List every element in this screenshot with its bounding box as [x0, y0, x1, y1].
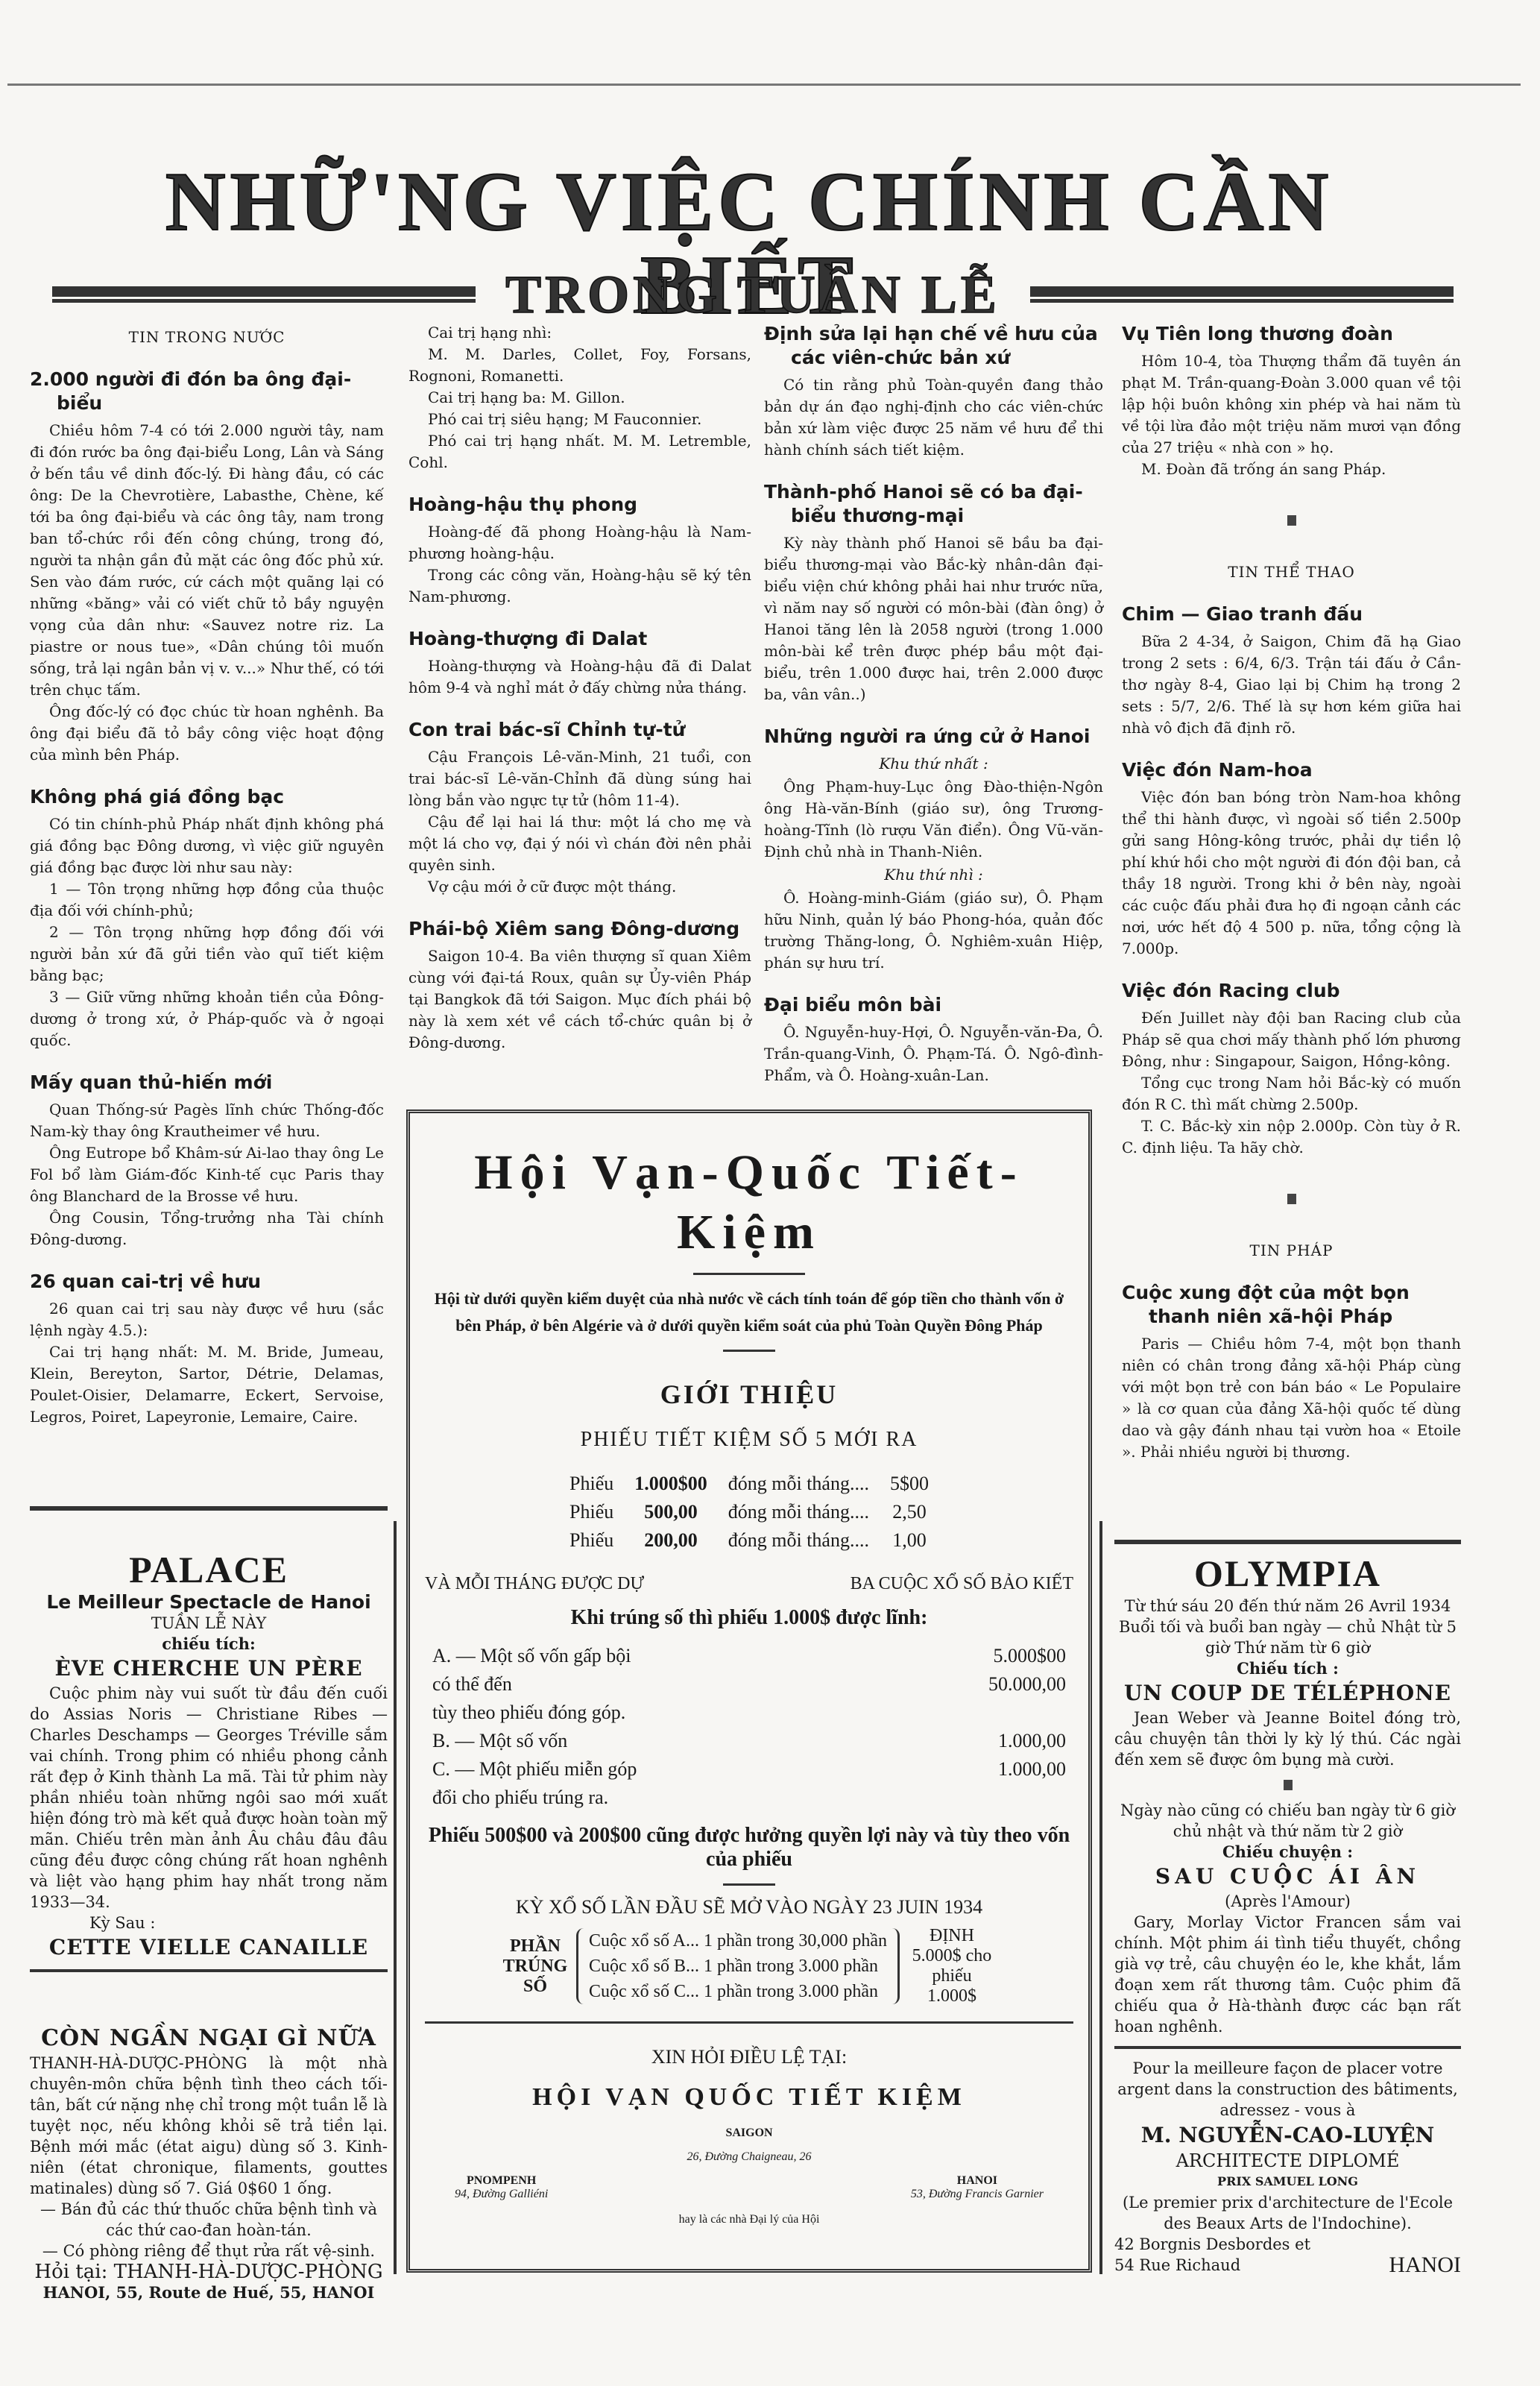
- org-name: HỘI VẠN QUỐC TIẾT KIỆM: [410, 2083, 1088, 2112]
- bullet: [1122, 1189, 1461, 1210]
- bullet: [1122, 510, 1461, 532]
- article-paragraph: Chiều hôm 7-4 có tới 2.000 người tây, na…: [30, 420, 384, 701]
- column-4: Vụ Tiên long thương đoànHôm 10-4, tòa Th…: [1122, 322, 1461, 1463]
- zone-label: Khu thứ nhì :: [764, 864, 1103, 886]
- divider: [30, 1969, 388, 1972]
- olympia-times: Buổi tối và buổi ban ngày — chủ Nhật từ …: [1114, 1617, 1461, 1658]
- article-headline: 26 quan cai-trị về hưu: [30, 1270, 384, 1294]
- article-paragraph: Hôm 10-4, tòa Thượng thẩm đã tuyên án ph…: [1122, 350, 1461, 459]
- article-paragraph: Cậu để lại hai lá thư: một lá cho mẹ và …: [408, 811, 751, 876]
- prize-label: có thể đến: [432, 1670, 988, 1699]
- ticket-monthly: 2,50: [880, 1498, 939, 1526]
- draw-line: Cuộc xổ số A... 1 phần trong 30,000 phần: [589, 1928, 887, 1954]
- hanoi-address: 53, Đường Francis Garnier: [911, 2188, 1044, 2201]
- article-headline: Con trai bác-sĩ Chỉnh tự-tử: [408, 718, 751, 742]
- savings-title: Hội Vạn-Quốc Tiết-Kiệm: [410, 1143, 1088, 1262]
- france-section-label: TIN PHÁP: [1122, 1240, 1461, 1262]
- article-paragraph: Ông đốc-lý có đọc chúc từ hoan nghênh. B…: [30, 701, 384, 766]
- draw-line: Cuộc xổ số B... 1 phần trong 3.000 phần: [589, 1954, 887, 1979]
- prize-row: đổi cho phiếu trúng ra.: [432, 1784, 1066, 1812]
- olympia-daily: Ngày nào cũng có chiếu ban ngày từ 6 giờ…: [1114, 1800, 1461, 1842]
- ticket-monthly: 1,00: [880, 1526, 939, 1555]
- saigon-label: SAIGON: [410, 2127, 1088, 2140]
- pharmacy-body: THANH-HÀ-DƯỢC-PHÒNG là một nhà chuyên-mô…: [30, 2053, 388, 2199]
- savings-society-ad: Hội Vạn-Quốc Tiết-Kiệm Hội từ dưới quyền…: [406, 1109, 1092, 2273]
- continued-paragraph: Cai trị hạng ba: M. Gillon.: [408, 387, 751, 409]
- palace-film-title: ÈVE CHERCHE UN PÈRE: [30, 1655, 388, 1683]
- zone-label: Khu thứ nhất :: [764, 753, 1103, 775]
- article-paragraph: Có tin rằng phủ Toàn-quyền đang thảo bản…: [764, 374, 1103, 461]
- savings-intro: Hội từ dưới quyền kiểm duyệt của nhà nướ…: [410, 1285, 1088, 1339]
- masthead-subtitle: TRONG TUẦN LỄ: [476, 264, 1030, 326]
- architect-addr1: 42 Borgnis Desbordes et: [1114, 2234, 1310, 2255]
- prize-row: B. — Một số vốn1.000,00: [432, 1727, 1066, 1755]
- draw-label: PHẦN TRÚNG SỐ: [502, 1936, 569, 1997]
- pnompenh-address: 94, Đường Galliéni: [455, 2188, 548, 2201]
- article-paragraph: Cậu François Lê-văn-Minh, 21 tuổi, con t…: [408, 746, 751, 811]
- article-paragraph: 26 quan cai trị sau này được về hưu (sắc…: [30, 1298, 384, 1341]
- olympia-dates: Từ thứ sáu 20 đến thứ năm 26 Avril 1934: [1114, 1596, 1461, 1617]
- prize-value: 1.000,00: [998, 1727, 1066, 1755]
- article-paragraph: Kỳ này thành phố Hanoi sẽ bầu ba đại-biể…: [764, 532, 1103, 705]
- agents: hay là các nhà Đại lý của Hội: [410, 2213, 1088, 2226]
- article-headline: Hoàng-hậu thụ phong: [408, 493, 751, 517]
- draw-right: ĐỊNH 5.000$ cho phiếu 1.000$: [907, 1926, 997, 2006]
- prize-value: 5.000$00: [994, 1642, 1067, 1670]
- olympia-film2-french: (Après l'Amour): [1114, 1891, 1461, 1912]
- article-paragraph: 1 — Tôn trọng những hợp đồng của thuộc đ…: [30, 878, 384, 922]
- article-headline: Cuộc xung đột của một bọn thanh niên xã-…: [1122, 1281, 1461, 1329]
- first-draw: KỲ XỔ SỐ LẦN ĐẦU SẼ MỞ VÀO NGÀY 23 JUIN …: [410, 1896, 1088, 1918]
- article-paragraph: Trong các công văn, Hoàng-hậu sẽ ký tên …: [408, 564, 751, 608]
- ticket-label: Phiếu: [559, 1470, 624, 1498]
- architect-addr2: 54 Rue Richaud: [1114, 2255, 1310, 2276]
- divider: [425, 2021, 1073, 2024]
- prize-label: tùy theo phiếu đóng góp.: [432, 1699, 1066, 1727]
- article-paragraph: 3 — Giữ vững những khoản tiền của Đông-d…: [30, 986, 384, 1051]
- article-paragraph: Hoàng-thượng và Hoàng-hậu đã đi Dalat hô…: [408, 655, 751, 699]
- palace-next-film: CETTE VIELLE CANAILLE: [30, 1933, 388, 1962]
- savings-heading: GIỚI THIỆU: [410, 1379, 1088, 1410]
- article-paragraph: Đến Juillet này đội ban Racing club của …: [1122, 1007, 1461, 1072]
- top-rule: [7, 84, 1521, 86]
- olympia-showing2: Chiếu chuyện :: [1114, 1842, 1461, 1863]
- article-paragraph: Vợ cậu mới ở cữ được một tháng.: [408, 876, 751, 898]
- article-headline: Thành-phố Hanoi sẽ có ba đại-biểu thương…: [764, 480, 1103, 528]
- column-3: Định sửa lại hạn chế về hưu của các viên…: [764, 322, 1103, 1086]
- article-paragraph: Tổng cục trong Nam hỏi Bắc-kỳ có muốn đó…: [1122, 1072, 1461, 1115]
- column-divider: [1099, 1521, 1102, 2274]
- ad-divider: [30, 1506, 388, 1511]
- pharmacy-contact: Hỏi tại: THANH-HÀ-DƯỢC-PHÒNG: [30, 2261, 388, 2282]
- architect-intro: Pour la meilleure façon de placer votre …: [1114, 2058, 1461, 2100]
- article-paragraph: Ô. Hoàng-minh-Giám (giáo sư), Ô. Phạm hữ…: [764, 887, 1103, 974]
- olympia-name: OLYMPIA: [1114, 1551, 1461, 1596]
- article-paragraph: Quan Thống-sứ Pagès lĩnh chức Thống-đốc …: [30, 1099, 384, 1142]
- article-paragraph: Paris — Chiều hôm 7-4, một bọn thanh niê…: [1122, 1333, 1461, 1463]
- article-headline: 2.000 người đi đón ba ông đại-biểu: [30, 368, 384, 415]
- palace-next-label: Kỳ Sau :: [30, 1913, 388, 1933]
- monthly-left: VÀ MỖI THÁNG ĐƯỢC DỰ: [425, 1574, 644, 1594]
- prize-value: 1.000,00: [998, 1755, 1066, 1784]
- article-headline: Chim — Giao tranh đấu: [1122, 602, 1461, 626]
- prize-row: có thể đến50.000,00: [432, 1670, 1066, 1699]
- section-label: TIN TRONG NƯỚC: [30, 327, 384, 348]
- divider: [1114, 2046, 1461, 2049]
- article-paragraph: Ô. Nguyễn-huy-Hợi, Ô. Nguyễn-văn-Đa, Ô. …: [764, 1022, 1103, 1086]
- prize-label: A. — Một số vốn gấp bội: [432, 1642, 994, 1670]
- prize-label: đổi cho phiếu trúng ra.: [432, 1784, 1066, 1812]
- ticket-value: 1.000$00: [624, 1470, 718, 1498]
- architect-address: 42 Borgnis Desbordes et54 Rue Richaud HA…: [1114, 2234, 1461, 2276]
- ticket-row: Phiếu1.000$00đóng mỗi tháng....5$00: [559, 1470, 939, 1498]
- continued-paragraph: Cai trị hạng nhì:: [408, 322, 751, 344]
- architect-title: ARCHITECTE DIPLOMÉ: [1114, 2150, 1461, 2171]
- bullet: [1114, 1775, 1461, 1795]
- article-paragraph: Ông Cousin, Tổng-trưởng nha Tài chính Đô…: [30, 1207, 384, 1250]
- draw-block: PHẦN TRÚNG SỐ Cuộc xổ số A... 1 phần tro…: [410, 1926, 1088, 2006]
- article-headline: Hoàng-thượng đi Dalat: [408, 627, 751, 651]
- olympia-desc1: Jean Weber và Jeanne Boitel đóng trò, câ…: [1114, 1707, 1461, 1770]
- article-headline: Những người ra ứng cử ở Hanoi: [764, 725, 1103, 749]
- pharmacy-line2: — Bán đủ các thứ thuốc chữa bệnh tình và…: [30, 2199, 388, 2241]
- palace-name: PALACE: [30, 1547, 388, 1592]
- article-paragraph: M. Đoàn đã trống án sang Pháp.: [1122, 459, 1461, 480]
- ticket-value: 500,00: [624, 1498, 718, 1526]
- article-headline: Mấy quan thủ-hiến mới: [30, 1071, 384, 1095]
- column-2: Cai trị hạng nhì:M. M. Darles, Collet, F…: [408, 322, 751, 1054]
- savings-subheading: PHIẾU TIẾT KIỆM SỐ 5 MỚI RA: [410, 1428, 1088, 1452]
- ticket-text: đóng mỗi tháng....: [718, 1498, 880, 1526]
- olympia-film1: UN COUP DE TÉLÉPHONE: [1114, 1679, 1461, 1707]
- article-paragraph: Bữa 2 4-34, ở Saigon, Chim đã hạ Giao tr…: [1122, 631, 1461, 739]
- pharmacy-line3: — Có phòng riêng để thụt rửa rất vệ-sinh…: [30, 2241, 388, 2261]
- article-headline: Không phá giá đồng bạc: [30, 785, 384, 809]
- prize-label: B. — Một số vốn: [432, 1727, 998, 1755]
- architect-prize: PRIX SAMUEL LONG: [1114, 2171, 1461, 2192]
- article-headline: Phái-bộ Xiêm sang Đông-dương: [408, 917, 751, 941]
- ornament-divider: [723, 1350, 775, 1352]
- article-paragraph: Có tin chính-phủ Pháp nhất định không ph…: [30, 813, 384, 878]
- olympia-showing: Chiếu tích :: [1114, 1658, 1461, 1679]
- draw-lines: Cuộc xổ số A... 1 phần trong 30,000 phần…: [576, 1928, 900, 2004]
- saigon-address: 26, Đường Chaigneau, 26: [410, 2150, 1088, 2164]
- article-headline: Việc đón Nam-hoa: [1122, 758, 1461, 782]
- ticket-row: Phiếu200,00đóng mỗi tháng....1,00: [559, 1526, 939, 1555]
- ornament-divider: [723, 1883, 775, 1886]
- article-headline: Vụ Tiên long thương đoàn: [1122, 322, 1461, 346]
- ticket-monthly: 5$00: [880, 1470, 939, 1498]
- article-paragraph: Ông Phạm-huy-Lục ông Đào-thiện-Ngôn ông …: [764, 776, 1103, 863]
- article-paragraph: Saigon 10-4. Ba viên thượng sĩ quan Xiêm…: [408, 945, 751, 1054]
- monthly-right: BA CUỘC XỔ SỐ BẢO KIẾT: [851, 1574, 1073, 1594]
- palace-showing: chiếu tích:: [30, 1634, 388, 1655]
- hanoi-label: HANOI: [911, 2174, 1044, 2188]
- continued-paragraph: M. M. Darles, Collet, Foy, Forsans, Rogn…: [408, 344, 751, 387]
- tickets-table: Phiếu1.000$00đóng mỗi tháng....5$00Phiếu…: [559, 1470, 939, 1555]
- ornament-divider: [693, 1273, 805, 1275]
- prize-value: 50.000,00: [988, 1670, 1066, 1699]
- ticket-label: Phiếu: [559, 1498, 624, 1526]
- pharmacy-title: CÒN NGẦN NGẠI GÌ NỮA: [30, 2024, 388, 2053]
- pharmacy-address: HANOI, 55, Route de Huế, 55, HANOI: [30, 2282, 388, 2303]
- savings-note: Phiếu 500$00 và 200$00 cũng được hưởng q…: [410, 1824, 1088, 1872]
- article-paragraph: Ông Eutrope bổ Khâm-sứ Ai-lao thay ông L…: [30, 1142, 384, 1207]
- article-paragraph: T. C. Bắc-kỳ xin nộp 2.000p. Còn tùy ở R…: [1122, 1115, 1461, 1159]
- article-headline: Định sửa lại hạn chế về hưu của các viên…: [764, 322, 1103, 370]
- rule-left: [52, 286, 476, 303]
- win-heading: Khi trúng số thì phiếu 1.000$ được lĩnh:: [410, 1606, 1088, 1630]
- column-divider: [394, 1521, 397, 2274]
- ticket-row: Phiếu500,00đóng mỗi tháng....2,50: [559, 1498, 939, 1526]
- prize-row: C. — Một phiếu miễn góp1.000,00: [432, 1755, 1066, 1784]
- monthly-row: VÀ MỖI THÁNG ĐƯỢC DỰ BA CUỘC XỔ SỐ BẢO K…: [410, 1574, 1088, 1594]
- article-paragraph: Việc đón ban bóng tròn Nam-hoa không thể…: [1122, 787, 1461, 960]
- ticket-value: 200,00: [624, 1526, 718, 1555]
- column-domestic-news: TIN TRONG NƯỚC 2.000 người đi đón ba ông…: [30, 322, 384, 1428]
- masthead-subrow: TRONG TUẦN LỄ: [52, 261, 1454, 328]
- article-headline: Việc đón Racing club: [1122, 979, 1461, 1003]
- pnompenh-label: PNOMPENH: [455, 2174, 548, 2188]
- ticket-text: đóng mỗi tháng....: [718, 1470, 880, 1498]
- ticket-text: đóng mỗi tháng....: [718, 1526, 880, 1555]
- prize-list: A. — Một số vốn gấp bội5.000$00có thể đế…: [410, 1642, 1088, 1812]
- prize-row: tùy theo phiếu đóng góp.: [432, 1699, 1066, 1727]
- sports-section-label: TIN THỂ THAO: [1122, 561, 1461, 583]
- ad-divider: [1114, 1540, 1461, 1544]
- continued-paragraph: Phó cai trị hạng nhất. M. M. Letremble, …: [408, 430, 751, 473]
- prize-row: A. — Một số vốn gấp bội5.000$00: [432, 1642, 1066, 1670]
- olympia-film2: SAU CUỘC ÁI ÂN: [1114, 1863, 1461, 1891]
- article-paragraph: Hoàng-đế đã phong Hoàng-hậu là Nam-phươn…: [408, 521, 751, 564]
- palace-week: TUẦN LỄ NÀY: [30, 1613, 388, 1634]
- architect-prize-desc: (Le premier prix d'architecture de l'Eco…: [1114, 2192, 1461, 2234]
- palace-tagline: Le Meilleur Spectacle de Hanoi: [30, 1592, 388, 1613]
- draw-line: Cuộc xổ số C... 1 phần trong 3.000 phần: [589, 1979, 887, 2004]
- palace-cinema-ad: PALACE Le Meilleur Spectacle de Hanoi TU…: [30, 1547, 388, 1980]
- article-paragraph: 2 — Tôn trọng những hợp đồng đối với ngư…: [30, 922, 384, 986]
- ticket-label: Phiếu: [559, 1526, 624, 1555]
- architect-city: HANOI: [1389, 2255, 1461, 2276]
- continued-paragraph: Phó cai trị siêu hạng; M Fauconnier.: [408, 409, 751, 430]
- olympia-cinema-ad: OLYMPIA Từ thứ sáu 20 đến thứ năm 26 Avr…: [1114, 1551, 1461, 2276]
- rule-right: [1030, 286, 1454, 303]
- olympia-desc2: Gary, Morlay Victor Francen sắm vai chín…: [1114, 1912, 1461, 2037]
- branches: PNOMPENH94, Đường Galliéni HANOI53, Đườn…: [410, 2174, 1088, 2201]
- pharmacy-ad: CÒN NGẦN NGẠI GÌ NỮA THANH-HÀ-DƯỢC-PHÒNG…: [30, 2024, 388, 2303]
- architect-name: M. NGUYỄN-CAO-LUYỆN: [1114, 2125, 1461, 2146]
- article-paragraph: Cai trị hạng nhất: M. M. Bride, Jumeau, …: [30, 1341, 384, 1428]
- article-headline: Đại biểu môn bài: [764, 993, 1103, 1017]
- prize-label: C. — Một phiếu miễn góp: [432, 1755, 998, 1784]
- architect-address-to: adressez - vous à: [1114, 2100, 1461, 2121]
- inquire: XIN HỎI ĐIỀU LỆ TẠI:: [410, 2046, 1088, 2068]
- palace-description: Cuộc phim này vui suốt từ đầu đến cuối d…: [30, 1683, 388, 1913]
